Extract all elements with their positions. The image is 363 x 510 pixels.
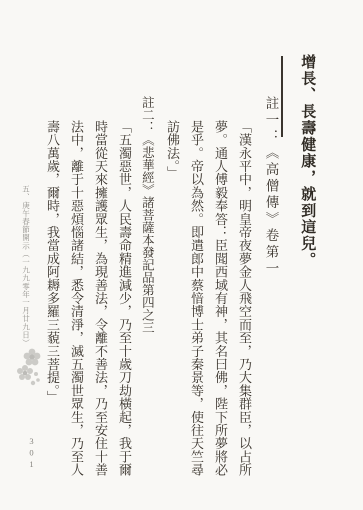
note2-heading-column: 註二：《悲華經》諸菩薩本發記品第四之三 xyxy=(140,96,154,334)
page-number: 301 xyxy=(27,436,36,471)
note1-quote-column-1: 「漢永平中，明皇帝夜夢金人飛空而至，乃大集群臣，以占所 xyxy=(236,120,251,476)
note1-quote-column-2: 夢。通人傅毅奉答：臣聞西域有神，其名曰佛，陛下所夢將必 xyxy=(212,120,227,476)
note2-quote-column-1: 「五濁惡世，人民壽命精進減少，乃至十歲刀劫橫起，我于爾 xyxy=(116,120,131,476)
note1-quote-column-3: 是乎。帝以為然。即遣郎中蔡愔博士弟子秦景等，使往天竺尋 xyxy=(188,120,203,476)
note2-quote-column-3: 法中，離于十惡煩惱諸結，悉令清淨，滅五濁世眾生，乃至人 xyxy=(68,120,83,476)
book-page: 增長、長壽健康，就到這兒。 註一：《高僧傳》卷第一 「漢永平中，明皇帝夜夢金人飛… xyxy=(0,0,363,510)
closing-sentence-column: 增長、長壽健康，就到這兒。 xyxy=(298,54,315,269)
flower-stamp-icon xyxy=(14,346,46,392)
note2-quote-column-4: 壽八萬歲，爾時，我當成阿耨多羅三藐三菩提。」 xyxy=(44,120,59,404)
note2-quote-column-2: 時當從天來擁護眾生，為現善法，令離不善法，乃至安住十善 xyxy=(92,120,107,476)
note1-quote-column-4: 訪佛法。」 xyxy=(164,120,179,180)
note1-heading-column: 註一：《高僧傳》卷第一 xyxy=(263,96,279,278)
margin-chapter-caption: 五、庚午春節開示（一九九零年一月廿九日） xyxy=(22,185,30,347)
section-divider-rule xyxy=(281,56,283,137)
